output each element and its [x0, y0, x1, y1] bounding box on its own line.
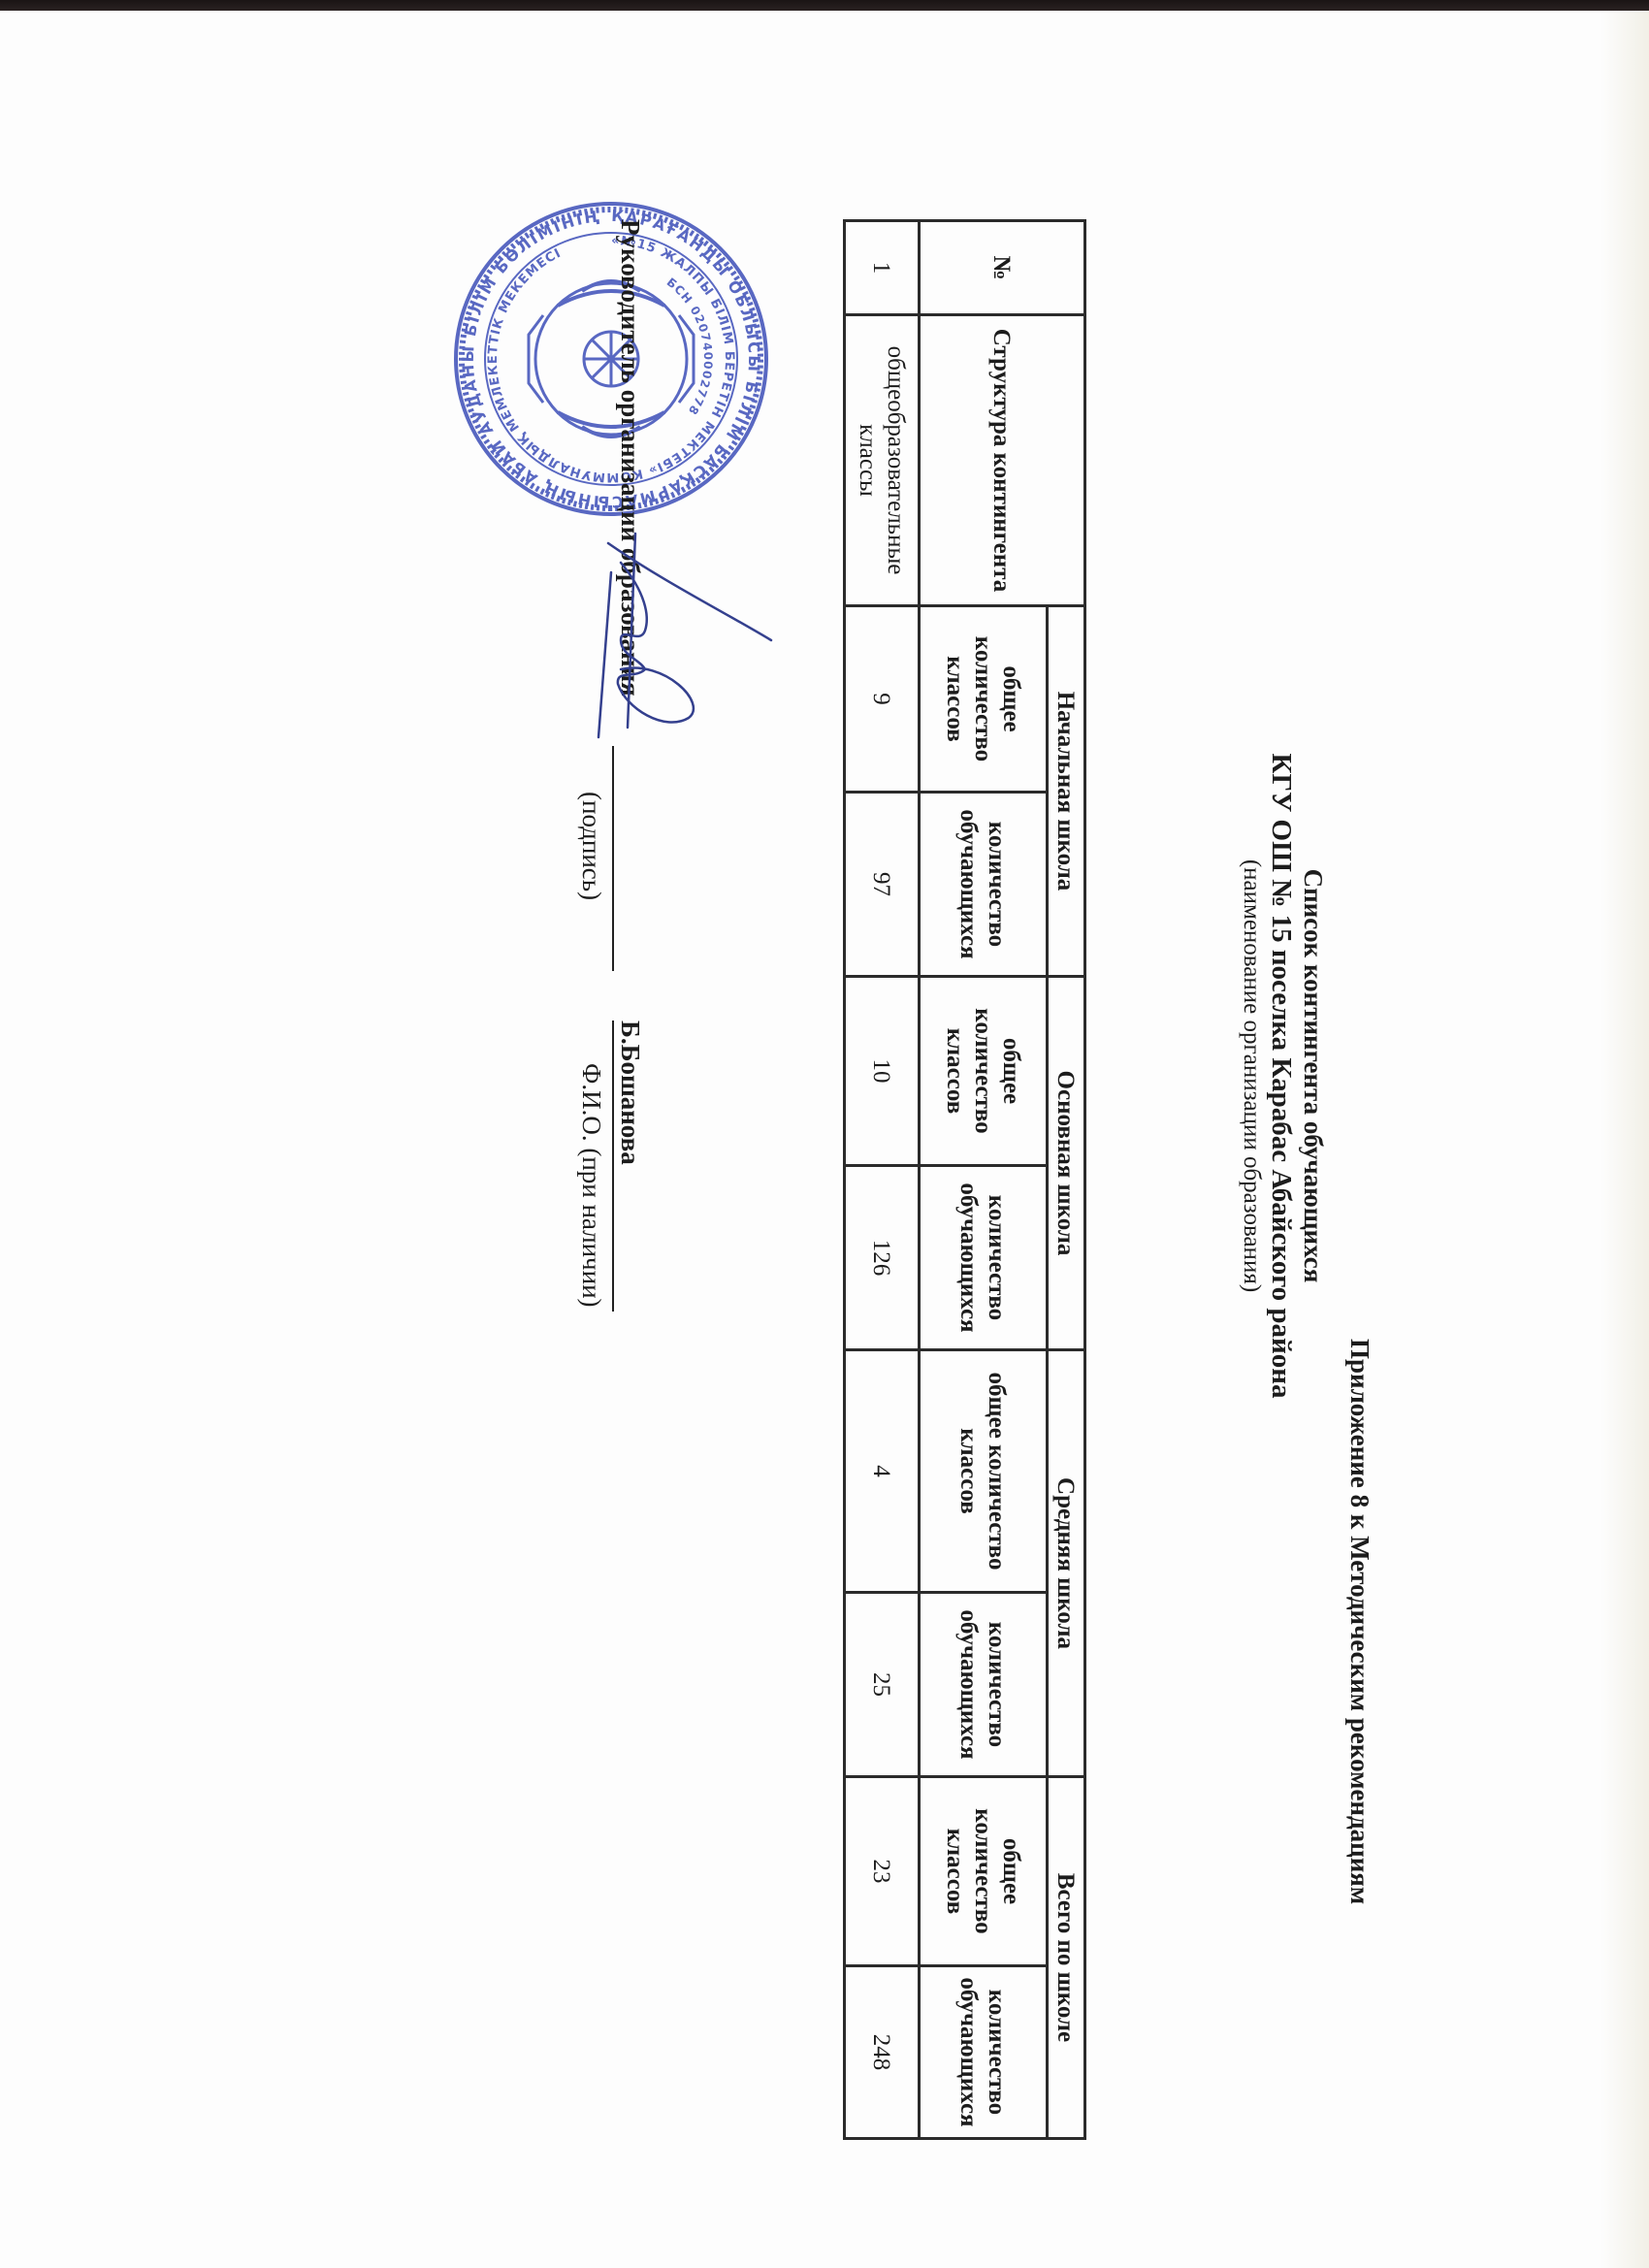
document-page: Приложение 8 к Методическим рекомендация… [0, 0, 1649, 2268]
signatory-name: Б.Бошанова [615, 1021, 645, 1165]
title-line-3: (наименование организации образования) [1238, 0, 1265, 2210]
title-line-2: КГУ ОШ № 15 поселка Карабас Абайского ра… [1265, 0, 1298, 2210]
header-primary-students: количество обучающихся [920, 793, 1048, 977]
name-line [612, 1021, 614, 1312]
header-structure: Структура контингента [920, 315, 1085, 606]
cell-basic-classes: 10 [845, 977, 920, 1166]
title-line-1: Список контингента обучающихся [1298, 0, 1329, 2210]
header-group-total: Всего по школе [1048, 1777, 1085, 2139]
header-group-primary: Начальная школа [1048, 606, 1085, 977]
cell-total-students: 248 [845, 1966, 920, 2139]
cell-secondary-students: 25 [845, 1593, 920, 1777]
cell-primary-classes: 9 [845, 606, 920, 793]
cell-number: 1 [845, 221, 920, 315]
header-secondary-students: количество обучающихся [920, 1593, 1048, 1777]
appendix-reference: Приложение 8 к Методическим рекомендация… [1344, 1339, 1374, 1904]
header-group-secondary: Средняя школа [1048, 1350, 1085, 1777]
header-basic-students: количество обучающихся [920, 1166, 1048, 1350]
cell-structure: общеобразовательные классы [845, 315, 920, 606]
header-total-students: количество обучающихся [920, 1966, 1048, 2139]
signature-block: Руководитель организации образования (по… [529, 219, 645, 1480]
header-total-classes: общее количество классов [920, 1777, 1048, 1966]
contingent-table: № Структура контингента Начальная школа … [843, 219, 1086, 2140]
cell-secondary-classes: 4 [845, 1350, 920, 1593]
cell-basic-students: 126 [845, 1166, 920, 1350]
header-group-basic: Основная школа [1048, 977, 1085, 1350]
cell-primary-students: 97 [845, 793, 920, 977]
table-group-header-row: № Структура контингента Начальная школа … [1048, 221, 1085, 2139]
header-basic-classes: общее количество классов [920, 977, 1048, 1166]
signature-line [612, 746, 614, 971]
header-number: № [920, 221, 1085, 315]
document-title: Список контингента обучающихся КГУ ОШ № … [1238, 0, 1329, 2210]
header-primary-classes: общее количество классов [920, 606, 1048, 793]
name-caption: Ф.И.О. (при наличии) [576, 1063, 606, 1308]
cell-total-classes: 23 [845, 1777, 920, 1966]
table-row: 1 общеобразовательные классы 9 97 10 126… [845, 221, 920, 2139]
handwritten-signature-icon [587, 524, 781, 747]
signature-caption: (подпись) [576, 792, 606, 900]
header-secondary-classes: общее количество классов [920, 1350, 1048, 1593]
